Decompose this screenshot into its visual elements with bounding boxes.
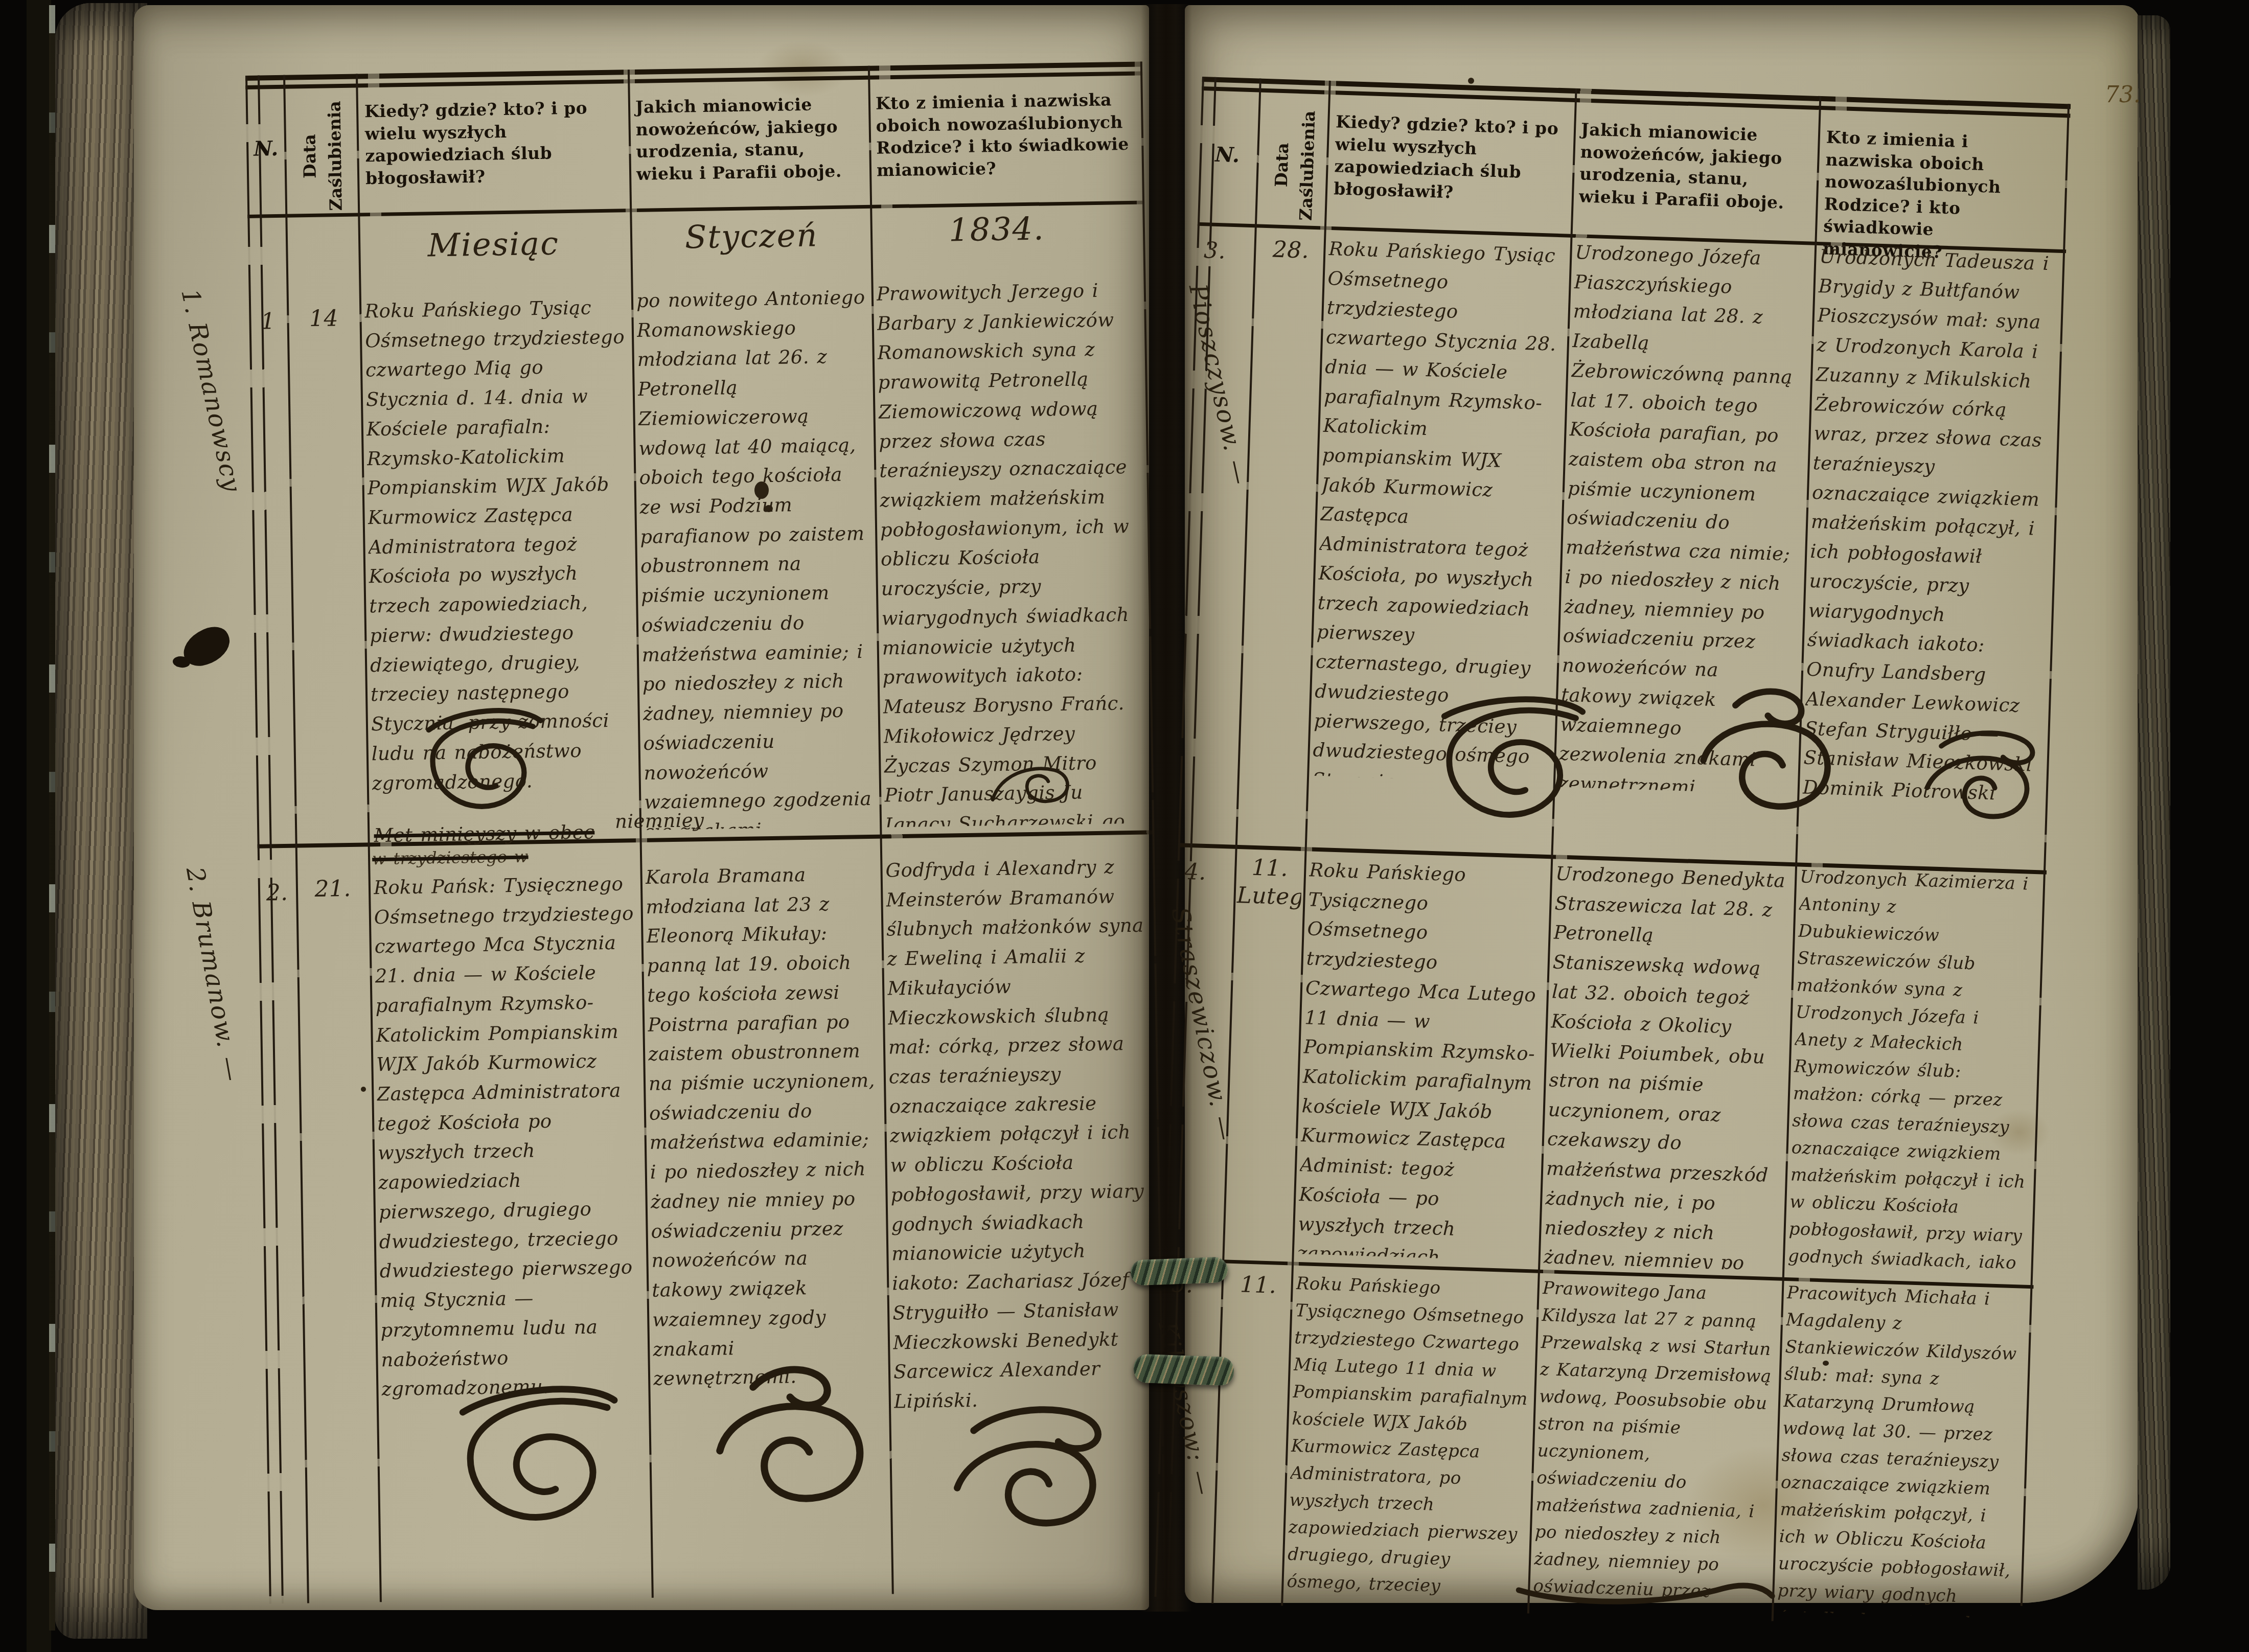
header-date-line2: Zaślubienia [324, 101, 346, 211]
book-cover-edge [27, 0, 51, 1652]
header-n: N. [254, 136, 279, 161]
header-date-line1: Data [299, 134, 319, 178]
entry-witnesses: Pracowitych Michała i Magdaleny z Stanki… [1777, 1279, 2025, 1619]
ink-speck [1468, 78, 1474, 84]
struck-fragment: Met minięyszy w obec [374, 821, 595, 846]
left-table: N. Data Zaślubienia Kiedy? gdzie? kto? i… [245, 61, 1166, 1603]
entry-who: po nowitego Antoniego Romanowskiego młod… [636, 283, 876, 830]
entry-when: Roku Pańskiego Tysiącznego Ośmsetnego tr… [1297, 855, 1545, 1261]
entry-witnesses: Urodzonych Kazimierza i Antoniny z Dubuk… [1787, 864, 2038, 1280]
paraph-flourish [700, 1364, 887, 1551]
paraph-flourish [408, 699, 564, 835]
struck-note: niemniey [615, 804, 799, 836]
entry-when: Roku Pańskiego Tysiącznego Ośmsetnego tr… [1287, 1270, 1532, 1599]
month-name: Styczeń [646, 210, 856, 263]
entry-date: 21. [302, 871, 363, 908]
paraph-flourish [1914, 718, 2046, 850]
binding-cord [1130, 1257, 1228, 1286]
entry-date: 11. [1228, 1267, 1289, 1304]
paraph-flourish [455, 1379, 626, 1550]
page-stack-left [55, 3, 147, 1639]
entry-date: 28. [1260, 232, 1321, 269]
paraph-flourish [1434, 687, 1592, 845]
entry-date: 14 [293, 301, 355, 337]
header-when-question: Kiedy? gdzie? kto? i po wielu wyszłych z… [364, 96, 622, 189]
cover-edge-highlight [49, 5, 55, 1631]
struck-text-2: w trzydziestego w [372, 842, 659, 872]
header-who-question: Jakich mianowicie nowożeńców, jakiego ur… [635, 93, 862, 185]
header-witnesses-question: Kto z imienia i nazwiska oboich nowozaśl… [876, 88, 1133, 181]
header-n: N. [1214, 143, 1240, 167]
month-label: Miesiąc [381, 218, 606, 271]
entry-who: Prawowitego Jana Kildysza lat 27 z panną… [1533, 1275, 1776, 1609]
paraph-flourish [1684, 685, 1853, 854]
entry-number: 3. [1203, 233, 1250, 269]
entry-who: Urodzonego Benedykta Straszewicza lat 28… [1543, 859, 1789, 1271]
header-who-question: Jakich mianowicie nowożeńców, jakiego ur… [1578, 118, 1810, 214]
header-date-line2: Zaślubienia [1295, 110, 1319, 221]
entry-who: Karola Bramana młodziana lat 23 z Eleono… [645, 859, 885, 1415]
underline-flourish [1512, 1559, 1779, 1614]
entry-number: 1 [252, 304, 284, 340]
entry-number: 2. [261, 876, 293, 911]
page-number: 73. [2105, 82, 2141, 108]
register-book-scan: 73. N. Data Zaślubienia Kiedy? gdzie? kt… [0, 0, 2249, 1652]
header-date-line1: Data [1271, 143, 1293, 188]
header-when-question: Kiedy? gdzie? kto? i po wielu wyszłych z… [1334, 110, 1566, 206]
right-table: N. Data Zaślubienia Kiedy? gdzie? kto? i… [1154, 77, 2071, 1629]
entry-date: 11. Lutego [1236, 853, 1302, 911]
header-date: Data Zaślubienia [296, 99, 348, 213]
paraph-flourish [941, 1391, 1117, 1568]
header-date: Data Zaślubienia [1268, 108, 1322, 222]
entry-when: Roku Pańsk: Tysięcznego Ośmsetnego trzyd… [374, 869, 641, 1410]
page-stack-right [2138, 15, 2170, 1590]
paraph-flourish [956, 742, 1106, 832]
month-year: 1834. [886, 203, 1107, 256]
binding-cord [1133, 1354, 1234, 1386]
struck-fragment: w trzydziestego w [372, 846, 529, 868]
entry-witnesses: Godfryda i Alexandry z Meinsterów Braman… [885, 852, 1157, 1418]
